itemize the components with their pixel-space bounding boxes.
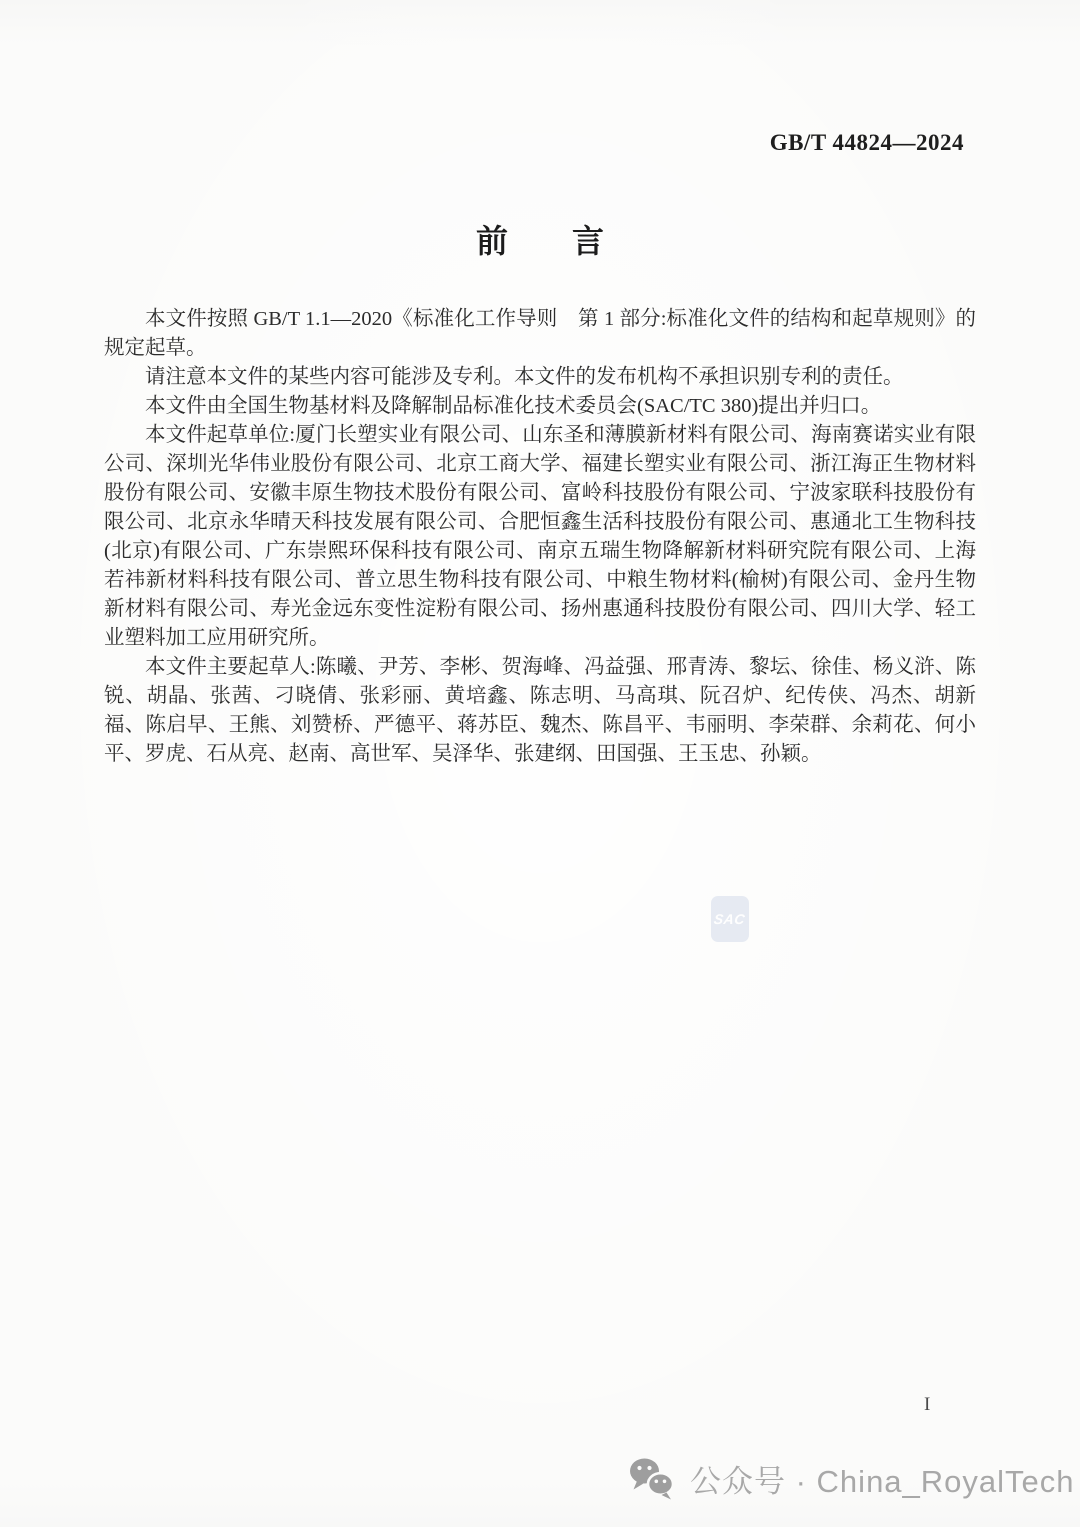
sac-watermark-label: SAC (713, 911, 746, 927)
document-page: GB/T 44824—2024 前 言 本文件按照 GB/T 1.1—2020《… (0, 0, 1080, 1527)
footer-watermark: 公众号 · China_RoyalTech (628, 1456, 1075, 1501)
sac-watermark: SAC (711, 896, 749, 942)
wechat-icon (628, 1457, 676, 1501)
page-number: I (924, 1394, 930, 1416)
paragraph-patent-notice: 请注意本文件的某些内容可能涉及专利。本文件的发布机构不承担识别专利的责任。 (104, 363, 976, 392)
paragraph-committee: 本文件由全国生物基材料及降解制品标准化技术委员会(SAC/TC 380)提出并归… (104, 392, 976, 421)
page-title: 前 言 (0, 216, 1080, 262)
paragraph-drafting-organizations: 本文件起草单位:厦门长塑实业有限公司、山东圣和薄膜新材料有限公司、海南赛诺实业有… (104, 421, 976, 653)
standard-code: GB/T 44824—2024 (770, 130, 964, 156)
footer-watermark-label: 公众号 · China_RoyalTech (690, 1456, 1075, 1501)
paragraph-drafting-rule: 本文件按照 GB/T 1.1—2020《标准化工作导则 第 1 部分:标准化文件… (104, 305, 976, 363)
paragraph-main-drafters: 本文件主要起草人:陈曦、尹芳、李彬、贺海峰、冯益强、邢青涛、黎坛、徐佳、杨义浒、… (104, 653, 976, 769)
foreword-body: 本文件按照 GB/T 1.1—2020《标准化工作导则 第 1 部分:标准化文件… (104, 305, 976, 769)
